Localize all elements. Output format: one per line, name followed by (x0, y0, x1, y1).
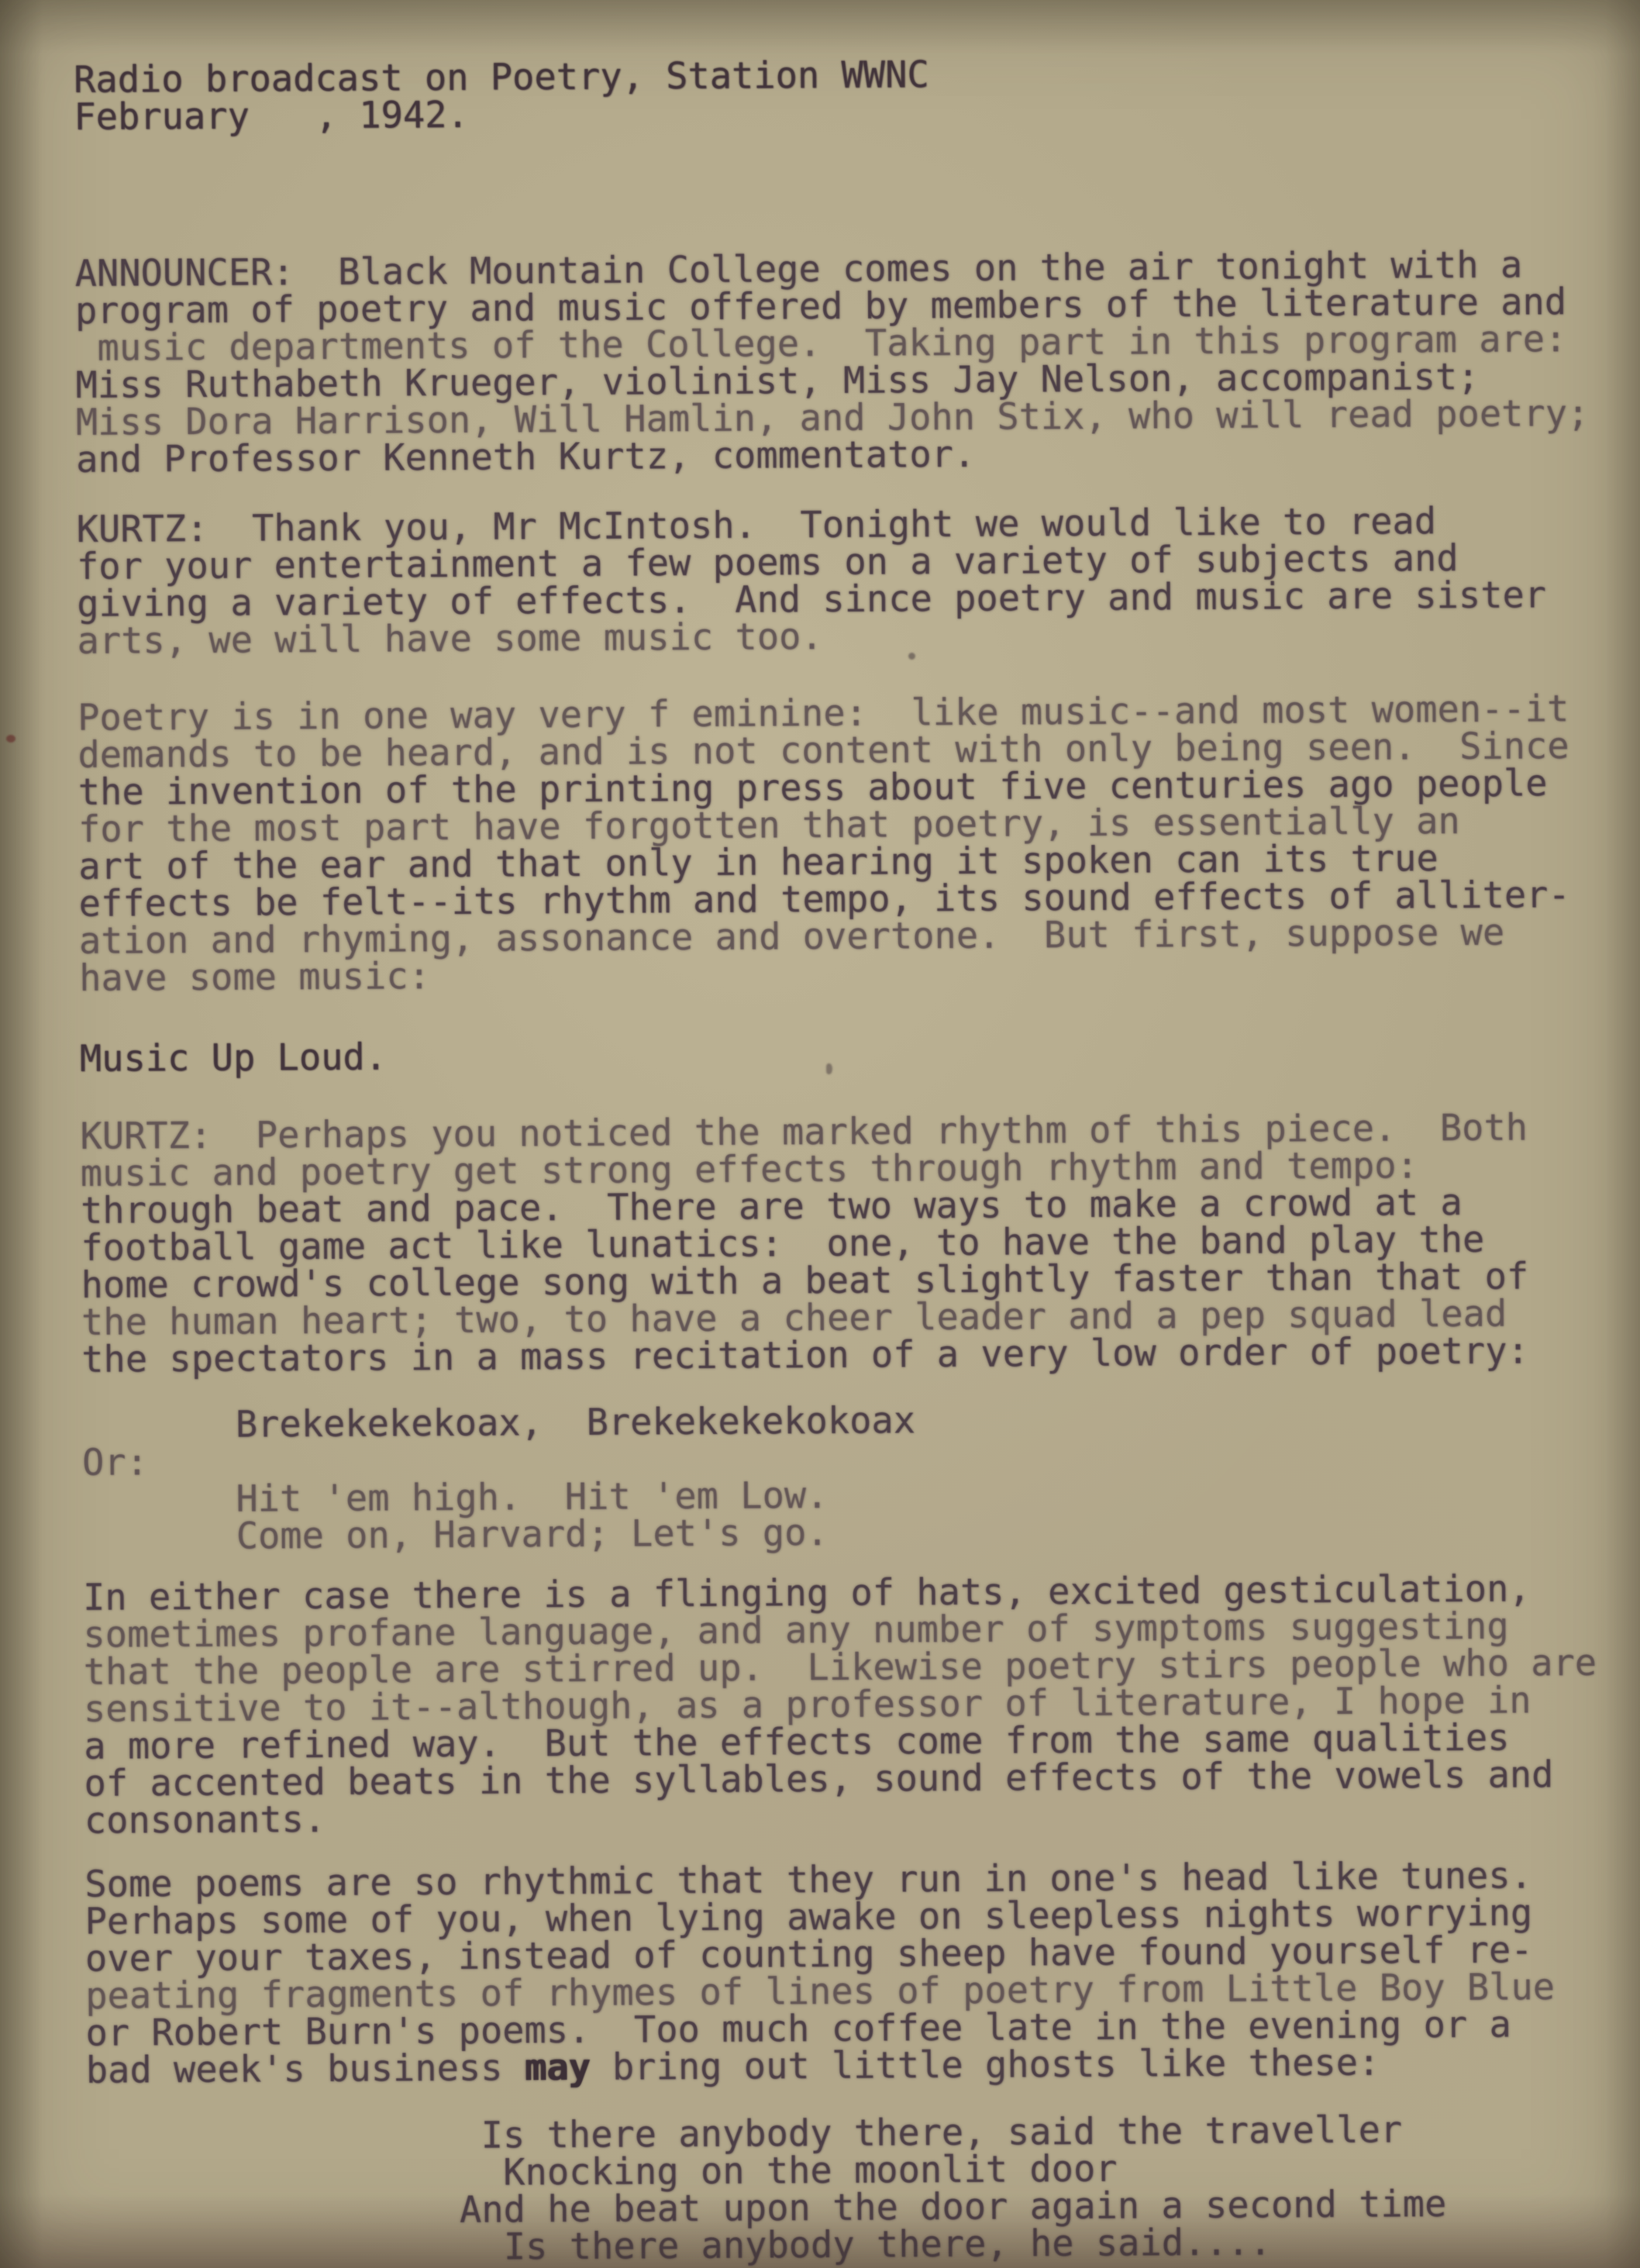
ink-speck (6, 735, 16, 743)
typed-line: have some music: (79, 951, 1614, 998)
heading-block: Radio broadcast on Poetry, Station WWNC … (74, 53, 1609, 136)
poetry-feminine-paragraph: Poetry is in one way very f eminine: lik… (78, 691, 1614, 998)
typed-line: for the most part have forgotten that po… (78, 802, 1613, 849)
typed-line: music departments of the College. Taking… (75, 321, 1610, 367)
kurtz-paragraph-2: KURTZ: Perhaps you noticed the marked rh… (80, 1109, 1616, 1379)
quoted-verse: Is there anybody there, said the travell… (86, 2111, 1621, 2268)
typed-line: the human heart; two, to have a cheer le… (81, 1295, 1616, 1342)
verse-line: Is there anybody there, he said.... (87, 2222, 1621, 2268)
typed-text: Radio broadcast on Poetry, Station WWNC … (74, 53, 1621, 2268)
overstruck-word: may (525, 2046, 591, 2090)
document-page: Radio broadcast on Poetry, Station WWNC … (0, 0, 1640, 2268)
kurtz-paragraph-1: KURTZ: Thank you, Mr McIntosh. Tonight w… (77, 502, 1612, 660)
typed-line: bad week's business may bring out little… (86, 2043, 1621, 2090)
typed-line: of accented beats in the syllables, soun… (84, 1756, 1618, 1803)
typed-line: demands to be heard, and is not content … (78, 728, 1612, 774)
line-segment: bring out little ghosts like these: (590, 2042, 1380, 2089)
chant-line: Come on, Harvard; Let's go. (82, 1510, 1617, 1556)
line-segment: bad week's business (86, 2046, 525, 2091)
typed-line: peating fragments of rhymes of lines of … (85, 1969, 1620, 2015)
stage-direction: Music Up Loud. (80, 1032, 1614, 1078)
music-cue: Music Up Loud. (80, 1032, 1614, 1078)
some-poems-paragraph: Some poems are so rhythmic that they run… (84, 1857, 1621, 2090)
typed-line: sensitive to it--although, as a professo… (84, 1682, 1618, 1729)
typed-line: Miss Dora Harrison, Will Hamlin, and Joh… (76, 395, 1611, 442)
typed-line: music and poetry get strong effects thro… (81, 1146, 1615, 1193)
typed-line: arts, we will have some music too. (77, 614, 1611, 660)
either-case-paragraph: In either case there is a flinging of ha… (83, 1570, 1619, 1840)
cheer-chant: Brekekekekoax, Brekekekekokoax Or: Hit '… (82, 1398, 1618, 1556)
announcer-paragraph: ANNOUNCER: Black Mountain College comes … (75, 246, 1611, 479)
